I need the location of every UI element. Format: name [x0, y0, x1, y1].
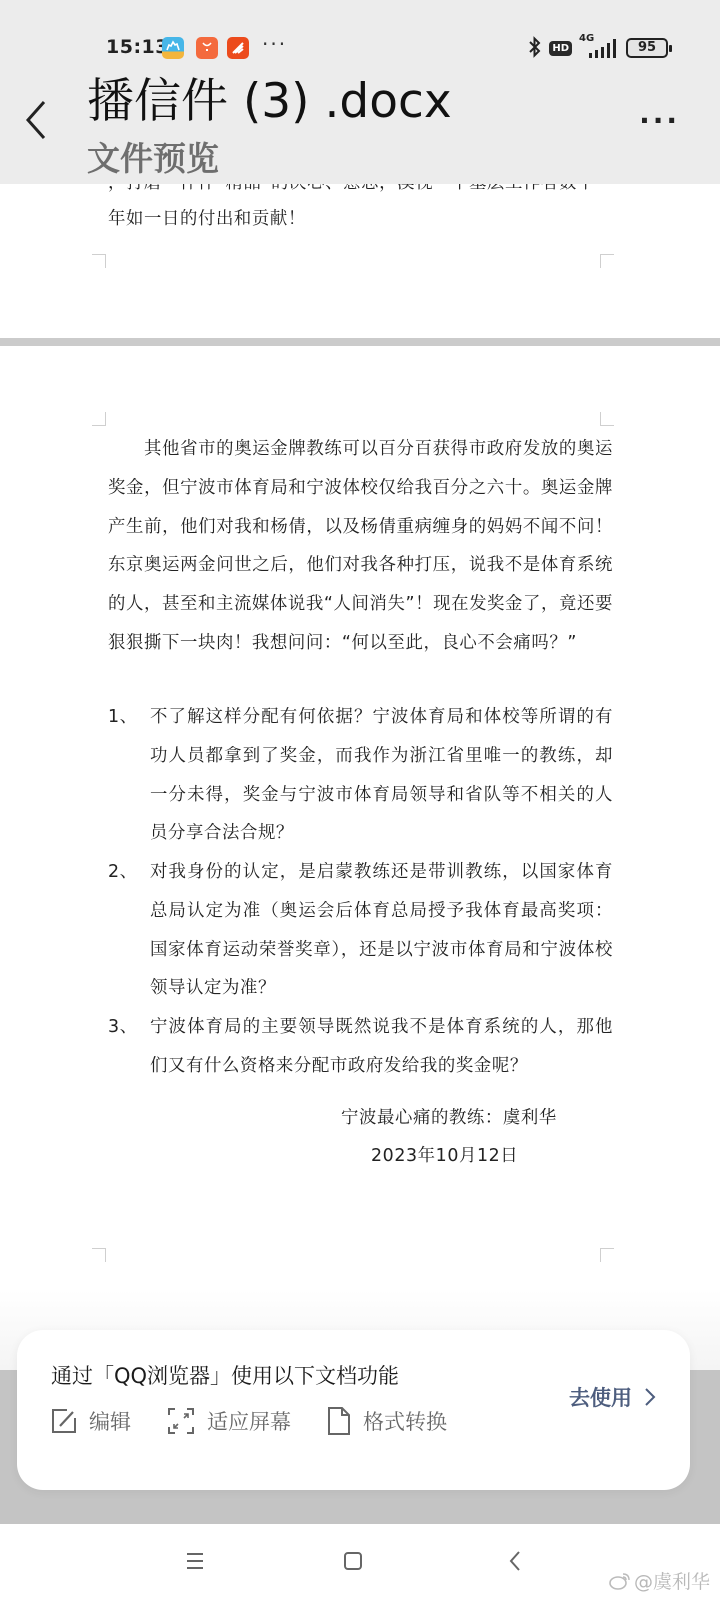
status-bar: 15:13 ··· HD 4G 95	[0, 30, 720, 66]
body-paragraph: 其他省市的奥运金牌教练可以百分百获得市政府发放的奥运奖金，但宁波市体育局和宁波体…	[108, 430, 613, 663]
more-options-button[interactable]: ···	[639, 104, 680, 137]
page-corner-mark	[92, 1248, 106, 1262]
hd-badge: HD	[549, 41, 572, 56]
network-type: 4G	[579, 33, 594, 44]
go-use-label: 去使用	[569, 1382, 632, 1412]
system-back-button[interactable]	[500, 1546, 530, 1576]
chevron-right-icon	[644, 1387, 656, 1407]
feature-label: 编辑	[89, 1406, 131, 1436]
list-number: 1、	[108, 698, 138, 737]
page-corner-mark	[600, 412, 614, 426]
recent-apps-button[interactable]	[180, 1546, 210, 1576]
list-number: 2、	[108, 853, 138, 892]
watermark-text: @虞利华	[634, 1567, 710, 1594]
list-item-1: 1、 不了解这样分配有何依据？宁波体育局和体校等所谓的有功人员都拿到了奖金，而我…	[108, 698, 613, 853]
system-nav-bar: @虞利华	[0, 1524, 720, 1600]
page-corner-mark	[92, 254, 106, 268]
battery-icon: 95	[626, 38, 668, 58]
more-notifications-icon: ···	[262, 32, 287, 56]
feature-fit-screen[interactable]: 适应屏幕	[167, 1406, 291, 1436]
document-page-1: ，打磨一件件“精品”的决心、意志，漠视一个基层工作者数十 年如一日的付出和贡献！	[0, 184, 720, 334]
home-button[interactable]	[338, 1546, 368, 1576]
system-icons: HD 4G 95	[528, 35, 668, 61]
list-number: 3、	[108, 1008, 138, 1047]
list-item-3: 3、 宁波体育局的主要领导既然说我不是体育系统的人，那他们又有什么资格来分配市政…	[108, 1008, 613, 1086]
list-text: 宁波体育局的主要领导既然说我不是体育系统的人，那他们又有什么资格来分配市政府发给…	[150, 1008, 613, 1086]
text-line: 年如一日的付出和贡献！	[108, 200, 618, 239]
weibo-watermark: @虞利华	[609, 1567, 710, 1594]
home-icon	[343, 1551, 363, 1571]
page-subtitle: 文件预览	[87, 138, 219, 180]
list-text: 对我身份的认定，是启蒙教练还是带训教练，以国家体育总局认定为准（奥运会后体育总局…	[150, 853, 613, 1008]
camel-app-icon	[162, 37, 184, 59]
promo-title: 通过「QQ浏览器」使用以下文档功能	[51, 1360, 399, 1390]
bluetooth-icon	[528, 36, 542, 61]
page-corner-mark	[92, 412, 106, 426]
weibo-icon	[609, 1572, 631, 1590]
orange-app-icon	[227, 37, 249, 59]
back-icon	[508, 1550, 522, 1572]
feature-label: 格式转换	[363, 1406, 447, 1436]
status-time: 15:13	[106, 36, 169, 58]
feature-label: 适应屏幕	[207, 1406, 291, 1436]
page-corner-mark	[600, 254, 614, 268]
shopping-bag-app-icon	[196, 37, 218, 59]
promo-features: 编辑 适应屏幕 格式转换	[51, 1403, 483, 1439]
menu-icon	[185, 1552, 205, 1570]
feature-format-convert[interactable]: 格式转换	[327, 1406, 447, 1436]
document-icon	[327, 1406, 351, 1436]
list-item-2: 2、 对我身份的认定，是启蒙教练还是带训教练，以国家体育总局认定为准（奥运会后体…	[108, 853, 613, 1008]
fit-screen-icon	[167, 1407, 195, 1435]
header: 15:13 ··· HD 4G 95	[0, 0, 720, 184]
back-button[interactable]	[22, 98, 62, 148]
feature-edit[interactable]: 编辑	[51, 1406, 131, 1436]
signature: 宁波最心痛的教练：虞利华	[341, 1099, 557, 1138]
list-text: 不了解这样分配有何依据？宁波体育局和体校等所谓的有功人员都拿到了奖金，而我作为浙…	[150, 698, 613, 853]
signal-icon: 4G	[579, 36, 619, 60]
page-corner-mark	[600, 1248, 614, 1262]
page-separator	[0, 338, 720, 346]
file-title: 播信件 (3) .docx	[87, 72, 452, 132]
letter-date: 2023年10月12日	[371, 1137, 518, 1176]
go-use-button[interactable]: 去使用	[569, 1382, 656, 1412]
edit-icon	[51, 1408, 77, 1434]
qq-browser-promo-card: 通过「QQ浏览器」使用以下文档功能 编辑 适应屏幕 格式转换 去使用	[17, 1330, 690, 1490]
